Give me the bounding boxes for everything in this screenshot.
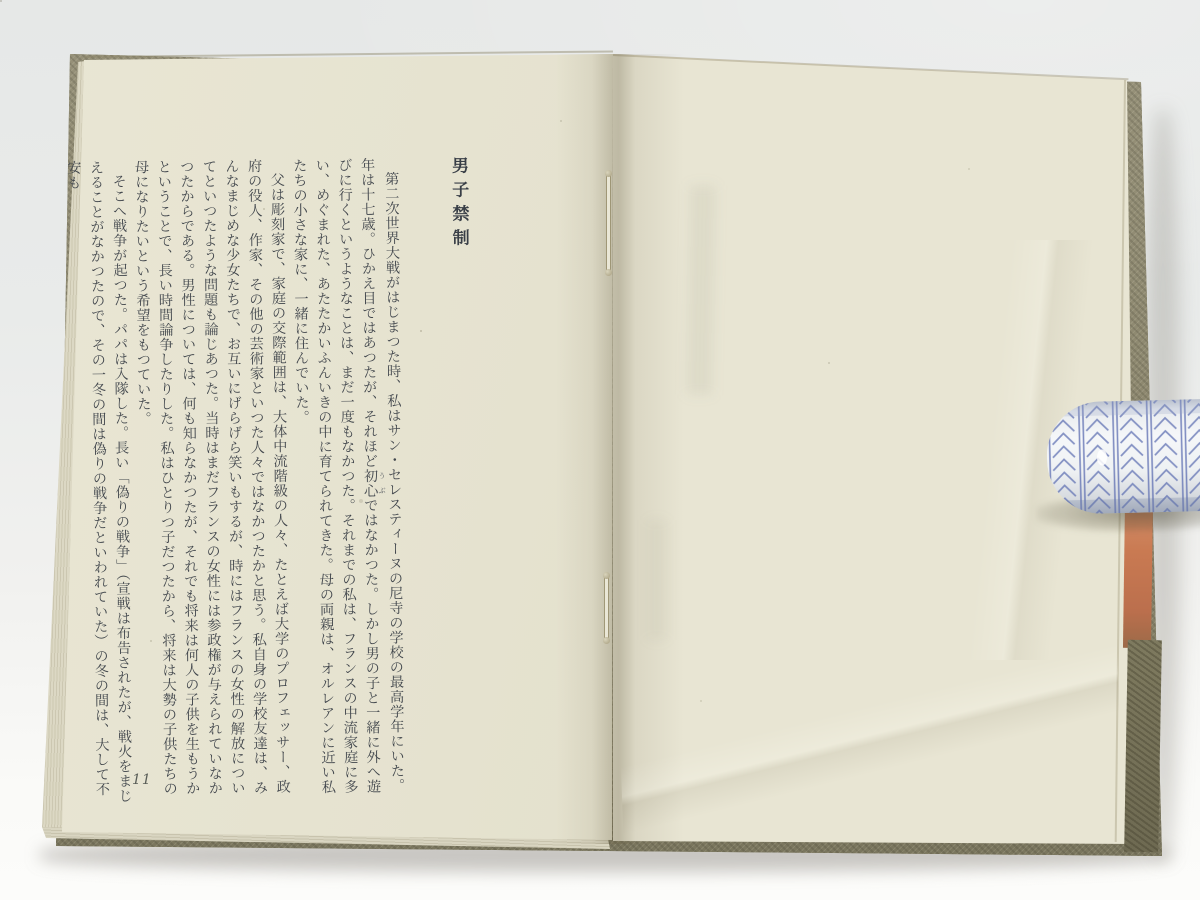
paper-specks: [0, 0, 2, 2]
binding-stitch-top: [606, 174, 611, 272]
paragraph-2: 父は彫刻家で、家庭の交際範囲は、大体中流階級の人々、たとえば大学のプロフェッサー…: [129, 158, 293, 805]
porcelain-rest: [1042, 391, 1200, 525]
show-through-ghost: [686, 185, 716, 395]
chapter-title: 男子禁制: [446, 156, 520, 803]
page-number: 11: [132, 772, 152, 788]
page-text-block: 男子禁制 第二次世界大戦がはじまつた時、私はサン・セレスティーヌの尼寺の学校の最…: [120, 156, 520, 806]
fore-edge-worn-cover: [1124, 640, 1162, 853]
paragraph-1: 第二次世界大戦がはじまつた時、私はサン・セレスティーヌの尼寺の学校の最高学年にい…: [288, 157, 409, 804]
paragraph-3: そこへ戦争が起つた。パパは入隊した。長い「偽りの戦争」（宣戦は布告されたが、戦火…: [62, 160, 136, 807]
porcelain-rest-graphic: [1042, 391, 1200, 525]
body-text: 第二次世界大戦がはじまつた時、私はサン・セレスティーヌの尼寺の学校の最高学年にい…: [62, 157, 408, 806]
photo-of-open-japanese-book: 男子禁制 第二次世界大戦がはじまつた時、私はサン・セレスティーヌの尼寺の学校の最…: [0, 0, 1200, 900]
show-through-ghost: [648, 520, 666, 640]
ruby-ubu: 初心うぶ: [362, 468, 378, 498]
binding-stitch-bottom: [604, 576, 609, 640]
page-wrinkle: [617, 631, 1123, 838]
